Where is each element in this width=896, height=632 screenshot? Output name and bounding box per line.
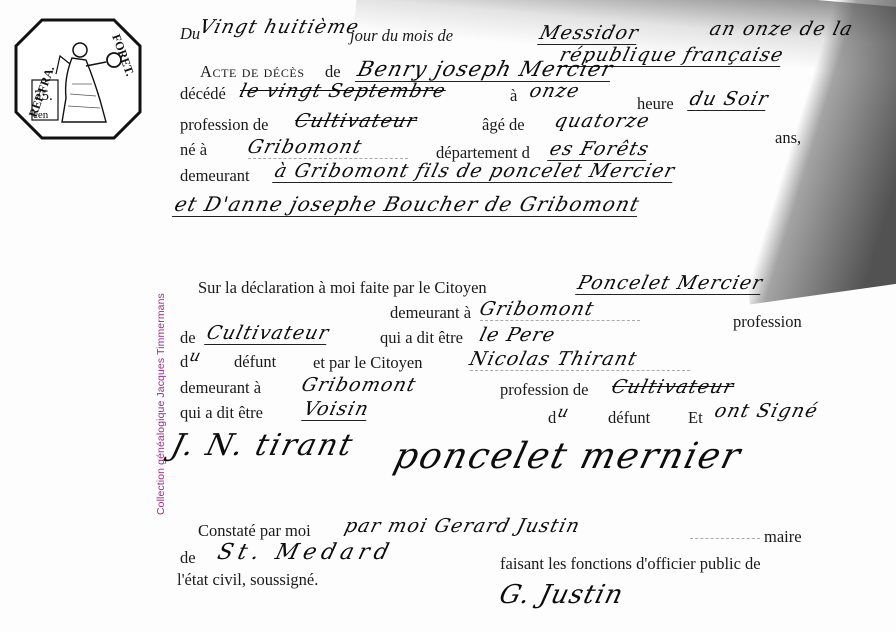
label-constate: Constaté par moi bbox=[198, 521, 311, 541]
collection-watermark: Collection généalogique Jacques Timmerma… bbox=[155, 293, 167, 515]
dotted-line bbox=[690, 538, 760, 539]
label-etat-civil: l'état civil, soussigné. bbox=[177, 570, 318, 590]
hand-month: Messidor bbox=[537, 22, 641, 45]
label-ans: ans, bbox=[775, 128, 801, 148]
label-defunt-2: défunt bbox=[608, 408, 650, 428]
hand-place-1: Gribomont bbox=[477, 298, 597, 320]
hand-profession-2: Cultivateur bbox=[609, 376, 737, 398]
document-page: REP.FRA. FORET. 75. cen Collection généa… bbox=[0, 0, 896, 632]
label-profession: profession de bbox=[180, 115, 268, 135]
hand-commune: St. Medard bbox=[215, 540, 396, 565]
label-de: de bbox=[325, 62, 341, 82]
dotted-line bbox=[480, 320, 640, 321]
officer-signature: G. Justin bbox=[496, 580, 627, 610]
label-qui-a-dit-etre-1: qui a dit être bbox=[380, 328, 463, 348]
label-age: âgé de bbox=[482, 115, 525, 135]
label-decede: décédé bbox=[180, 84, 226, 104]
label-jour-du-mois: jour du mois de bbox=[350, 26, 453, 46]
hand-declarant-2: Nicolas Thirant bbox=[467, 348, 640, 370]
hand-time: du Soir bbox=[687, 88, 771, 111]
hand-deceased-name: Benry joseph Mercier bbox=[355, 57, 616, 82]
svg-text:cen: cen bbox=[33, 109, 49, 121]
label-et: Et bbox=[688, 408, 703, 428]
hand-du-1: u bbox=[188, 346, 204, 365]
label-et-par-citoyen: et par le Citoyen bbox=[313, 353, 423, 373]
label-profession-2: profession de bbox=[500, 380, 588, 400]
label-defunt-1: défunt bbox=[234, 352, 276, 372]
hand-place-2: Gribomont bbox=[299, 374, 419, 396]
label-maire: maire bbox=[764, 527, 802, 547]
label-qui-a-dit-etre-2: qui a dit être bbox=[180, 403, 263, 423]
dotted-line bbox=[470, 370, 690, 371]
label-profession-1: profession bbox=[733, 312, 802, 332]
hand-departement: es Forêts bbox=[547, 138, 652, 161]
hand-birthplace: Gribomont bbox=[245, 136, 365, 158]
hand-profession-1: Cultivateur bbox=[204, 322, 332, 345]
svg-text:75.: 75. bbox=[34, 88, 53, 104]
tax-stamp: REP.FRA. FORET. 75. cen bbox=[14, 18, 142, 140]
hand-hour: onze bbox=[527, 80, 582, 102]
hand-relation-1: le Pere bbox=[477, 324, 558, 346]
hand-death-date: le vingt Septembre bbox=[237, 80, 448, 102]
stamp-icon: REP.FRA. FORET. 75. cen bbox=[14, 18, 142, 140]
hand-residence: à Gribomont fils de poncelet Mercier bbox=[272, 160, 678, 183]
acte-title: Acte de décès bbox=[200, 62, 305, 82]
hand-officer: par moi Gerard Justin bbox=[342, 515, 583, 537]
label-demeurant-1: demeurant à bbox=[390, 303, 471, 323]
label-faisant-fonctions: faisant les fonctions d'officier public … bbox=[500, 554, 761, 574]
label-a: à bbox=[510, 86, 517, 106]
hand-residence-2: et D'anne josephe Boucher de Gribomont bbox=[172, 192, 643, 217]
hand-day: Vingt huitième bbox=[197, 16, 362, 38]
hand-declarant-1: Poncelet Mercier bbox=[575, 272, 765, 295]
label-de-commune: de bbox=[180, 548, 196, 568]
label-demeurant-2: demeurant à bbox=[180, 378, 261, 398]
label-de-1: de bbox=[180, 328, 196, 348]
hand-ont-signe: ont Signé bbox=[712, 400, 820, 422]
signature-1: J. N. tirant bbox=[168, 428, 358, 463]
label-d-1: d bbox=[180, 352, 188, 372]
signature-2: poncelet mernier bbox=[390, 436, 746, 477]
hand-year: an onze de la bbox=[707, 18, 856, 40]
hand-profession: Cultivateur bbox=[292, 110, 420, 132]
hand-du-2: u bbox=[556, 402, 572, 421]
label-ne-a: né à bbox=[180, 140, 207, 160]
dotted-line bbox=[248, 158, 408, 159]
hand-age: quatorze bbox=[552, 110, 652, 132]
hand-relation-2: Voisin bbox=[301, 398, 372, 421]
label-d-2: d bbox=[548, 408, 556, 428]
label-demeurant: demeurant bbox=[180, 166, 250, 186]
declaration-intro: Sur la déclaration à moi faite par le Ci… bbox=[198, 278, 487, 298]
